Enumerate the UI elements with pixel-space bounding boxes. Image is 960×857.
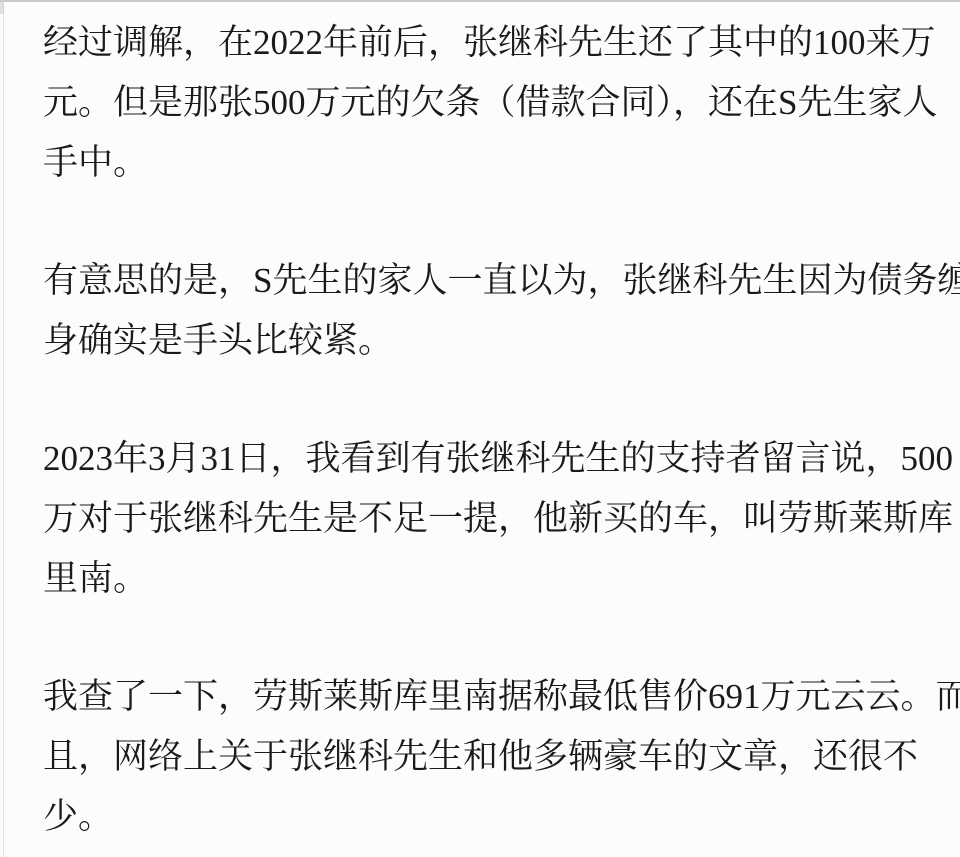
paragraph-line: 且，网络上关于张继科先生和他多辆豪车的文章，还很不	[43, 727, 915, 787]
paragraph-line: 手中。	[43, 133, 915, 193]
left-edge-cap	[0, 0, 4, 14]
paragraph: 我查了一下，劳斯莱斯库里南据称最低售价691万元云云。而且，网络上关于张继科先生…	[43, 667, 915, 847]
paragraph-line: 经过调解，在2022年前后，张继科先生还了其中的100来万	[43, 13, 915, 73]
paragraph-line: 身确实是手头比较紧。	[43, 311, 915, 371]
left-edge-line	[3, 0, 4, 857]
paragraph-line: 我查了一下，劳斯莱斯库里南据称最低售价691万元云云。而	[43, 667, 915, 727]
paragraph-line: 万对于张继科先生是不足一提，他新买的车，叫劳斯莱斯库	[43, 489, 915, 549]
article-page: 经过调解，在2022年前后，张继科先生还了其中的100来万元。但是那张500万元…	[0, 0, 960, 857]
article-body: 经过调解，在2022年前后，张继科先生还了其中的100来万元。但是那张500万元…	[43, 13, 915, 847]
paragraph-line: 少。	[43, 787, 915, 847]
paragraph-line: 有意思的是，S先生的家人一直以为，张继科先生因为债务缠	[43, 251, 915, 311]
top-edge-line	[0, 0, 960, 2]
paragraph-line: 元。但是那张500万元的欠条（借款合同），还在S先生家人	[43, 73, 915, 133]
paragraph-line: 里南。	[43, 549, 915, 609]
paragraph: 有意思的是，S先生的家人一直以为，张继科先生因为债务缠身确实是手头比较紧。	[43, 251, 915, 371]
paragraph-line: 2023年3月31日，我看到有张继科先生的支持者留言说，500	[43, 429, 915, 489]
paragraph: 2023年3月31日，我看到有张继科先生的支持者留言说，500万对于张继科先生是…	[43, 429, 915, 609]
paragraph: 经过调解，在2022年前后，张继科先生还了其中的100来万元。但是那张500万元…	[43, 13, 915, 193]
